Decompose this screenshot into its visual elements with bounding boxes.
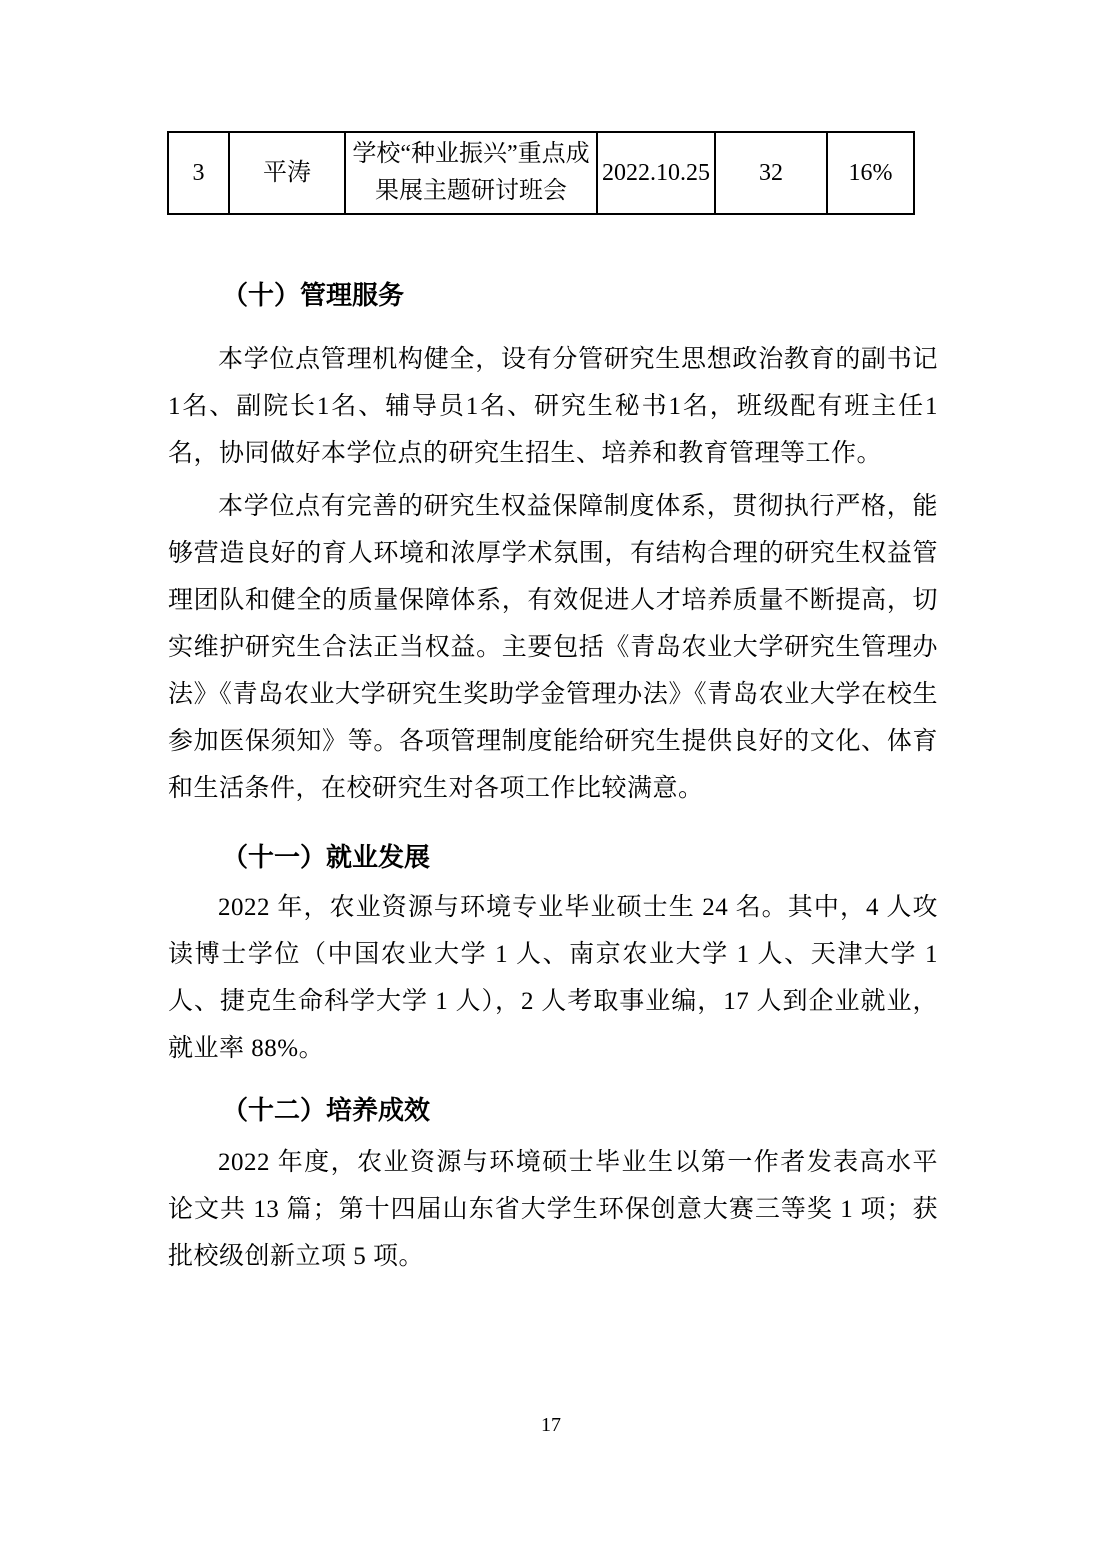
section-heading-employment-development: （十一）就业发展	[168, 834, 938, 881]
cell-count: 32	[715, 132, 827, 214]
document-page: 3 平涛 学校“种业振兴”重点成果展主题研讨班会 2022.10.25 32 1…	[0, 0, 1102, 1559]
cell-index: 3	[168, 132, 229, 214]
section-heading-training-outcomes: （十二）培养成效	[168, 1087, 938, 1134]
paragraph-management-2: 本学位点有完善的研究生权益保障制度体系，贯彻执行严格，能够营造良好的育人环境和浓…	[168, 483, 938, 812]
cell-percent: 16%	[827, 132, 914, 214]
cell-date: 2022.10.25	[597, 132, 715, 214]
training-session-table: 3 平涛 学校“种业振兴”重点成果展主题研讨班会 2022.10.25 32 1…	[167, 131, 915, 215]
paragraph-management-1: 本学位点管理机构健全，设有分管研究生思想政治教育的副书记1名、副院长1名、辅导员…	[168, 336, 938, 477]
cell-activity: 学校“种业振兴”重点成果展主题研讨班会	[345, 132, 597, 214]
page-number: 17	[0, 1414, 1102, 1437]
paragraph-employment-1: 2022 年，农业资源与环境专业毕业硕士生 24 名。其中，4 人攻读博士学位（…	[168, 884, 938, 1072]
cell-name: 平涛	[229, 132, 345, 214]
table-row: 3 平涛 学校“种业振兴”重点成果展主题研讨班会 2022.10.25 32 1…	[168, 132, 914, 214]
paragraph-outcomes-1: 2022 年度，农业资源与环境硕士毕业生以第一作者发表高水平论文共 13 篇；第…	[168, 1139, 938, 1280]
section-heading-management-service: （十）管理服务	[168, 272, 938, 319]
